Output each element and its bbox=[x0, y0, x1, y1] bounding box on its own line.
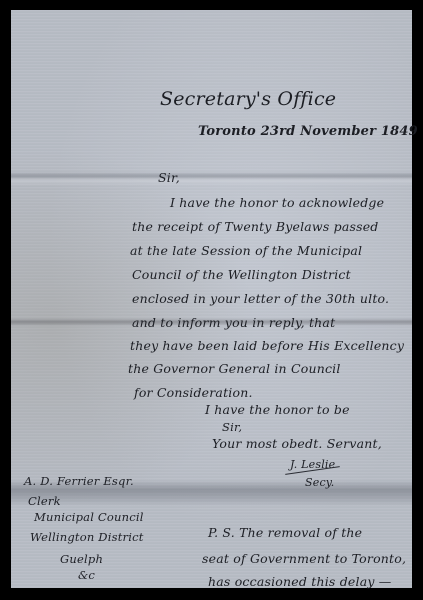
postscript-line: has occasioned this delay — bbox=[208, 574, 391, 589]
postscript-line: P. S. The removal of the bbox=[208, 525, 362, 540]
office-heading: Secretary's Office bbox=[160, 88, 336, 110]
body-line: at the late Session of the Municipal bbox=[130, 243, 362, 258]
postscript-line: seat of Government to Toronto, bbox=[202, 551, 406, 566]
addressee-line: Guelph bbox=[60, 552, 103, 566]
addressee-line: Municipal Council bbox=[34, 510, 144, 524]
closing-line: I have the honor to be bbox=[205, 402, 350, 417]
addressee-line: &c bbox=[78, 568, 95, 582]
closing-servant: Your most obedt. Servant, bbox=[212, 436, 382, 451]
closing-sir: Sir, bbox=[222, 420, 242, 434]
body-line: for Consideration. bbox=[134, 385, 253, 400]
place-date: Toronto 23rd November 1849 bbox=[198, 124, 418, 139]
addressee-name: A. D. Ferrier Esqr. bbox=[24, 474, 134, 488]
body-line: they have been laid before His Excellenc… bbox=[130, 338, 404, 353]
addressee-line: Clerk bbox=[28, 494, 61, 508]
body-line: Council of the Wellington District bbox=[132, 267, 351, 282]
salutation: Sir, bbox=[158, 170, 180, 185]
body-line: and to inform you in reply, that bbox=[132, 315, 335, 330]
addressee-line: Wellington District bbox=[30, 530, 144, 544]
body-line: enclosed in your letter of the 30th ulto… bbox=[132, 291, 389, 306]
body-line: I have the honor to acknowledge bbox=[170, 195, 384, 210]
body-line: the Governor General in Council bbox=[128, 361, 341, 376]
body-line: the receipt of Twenty Byelaws passed bbox=[132, 219, 379, 234]
signature-title: Secy. bbox=[305, 476, 334, 489]
